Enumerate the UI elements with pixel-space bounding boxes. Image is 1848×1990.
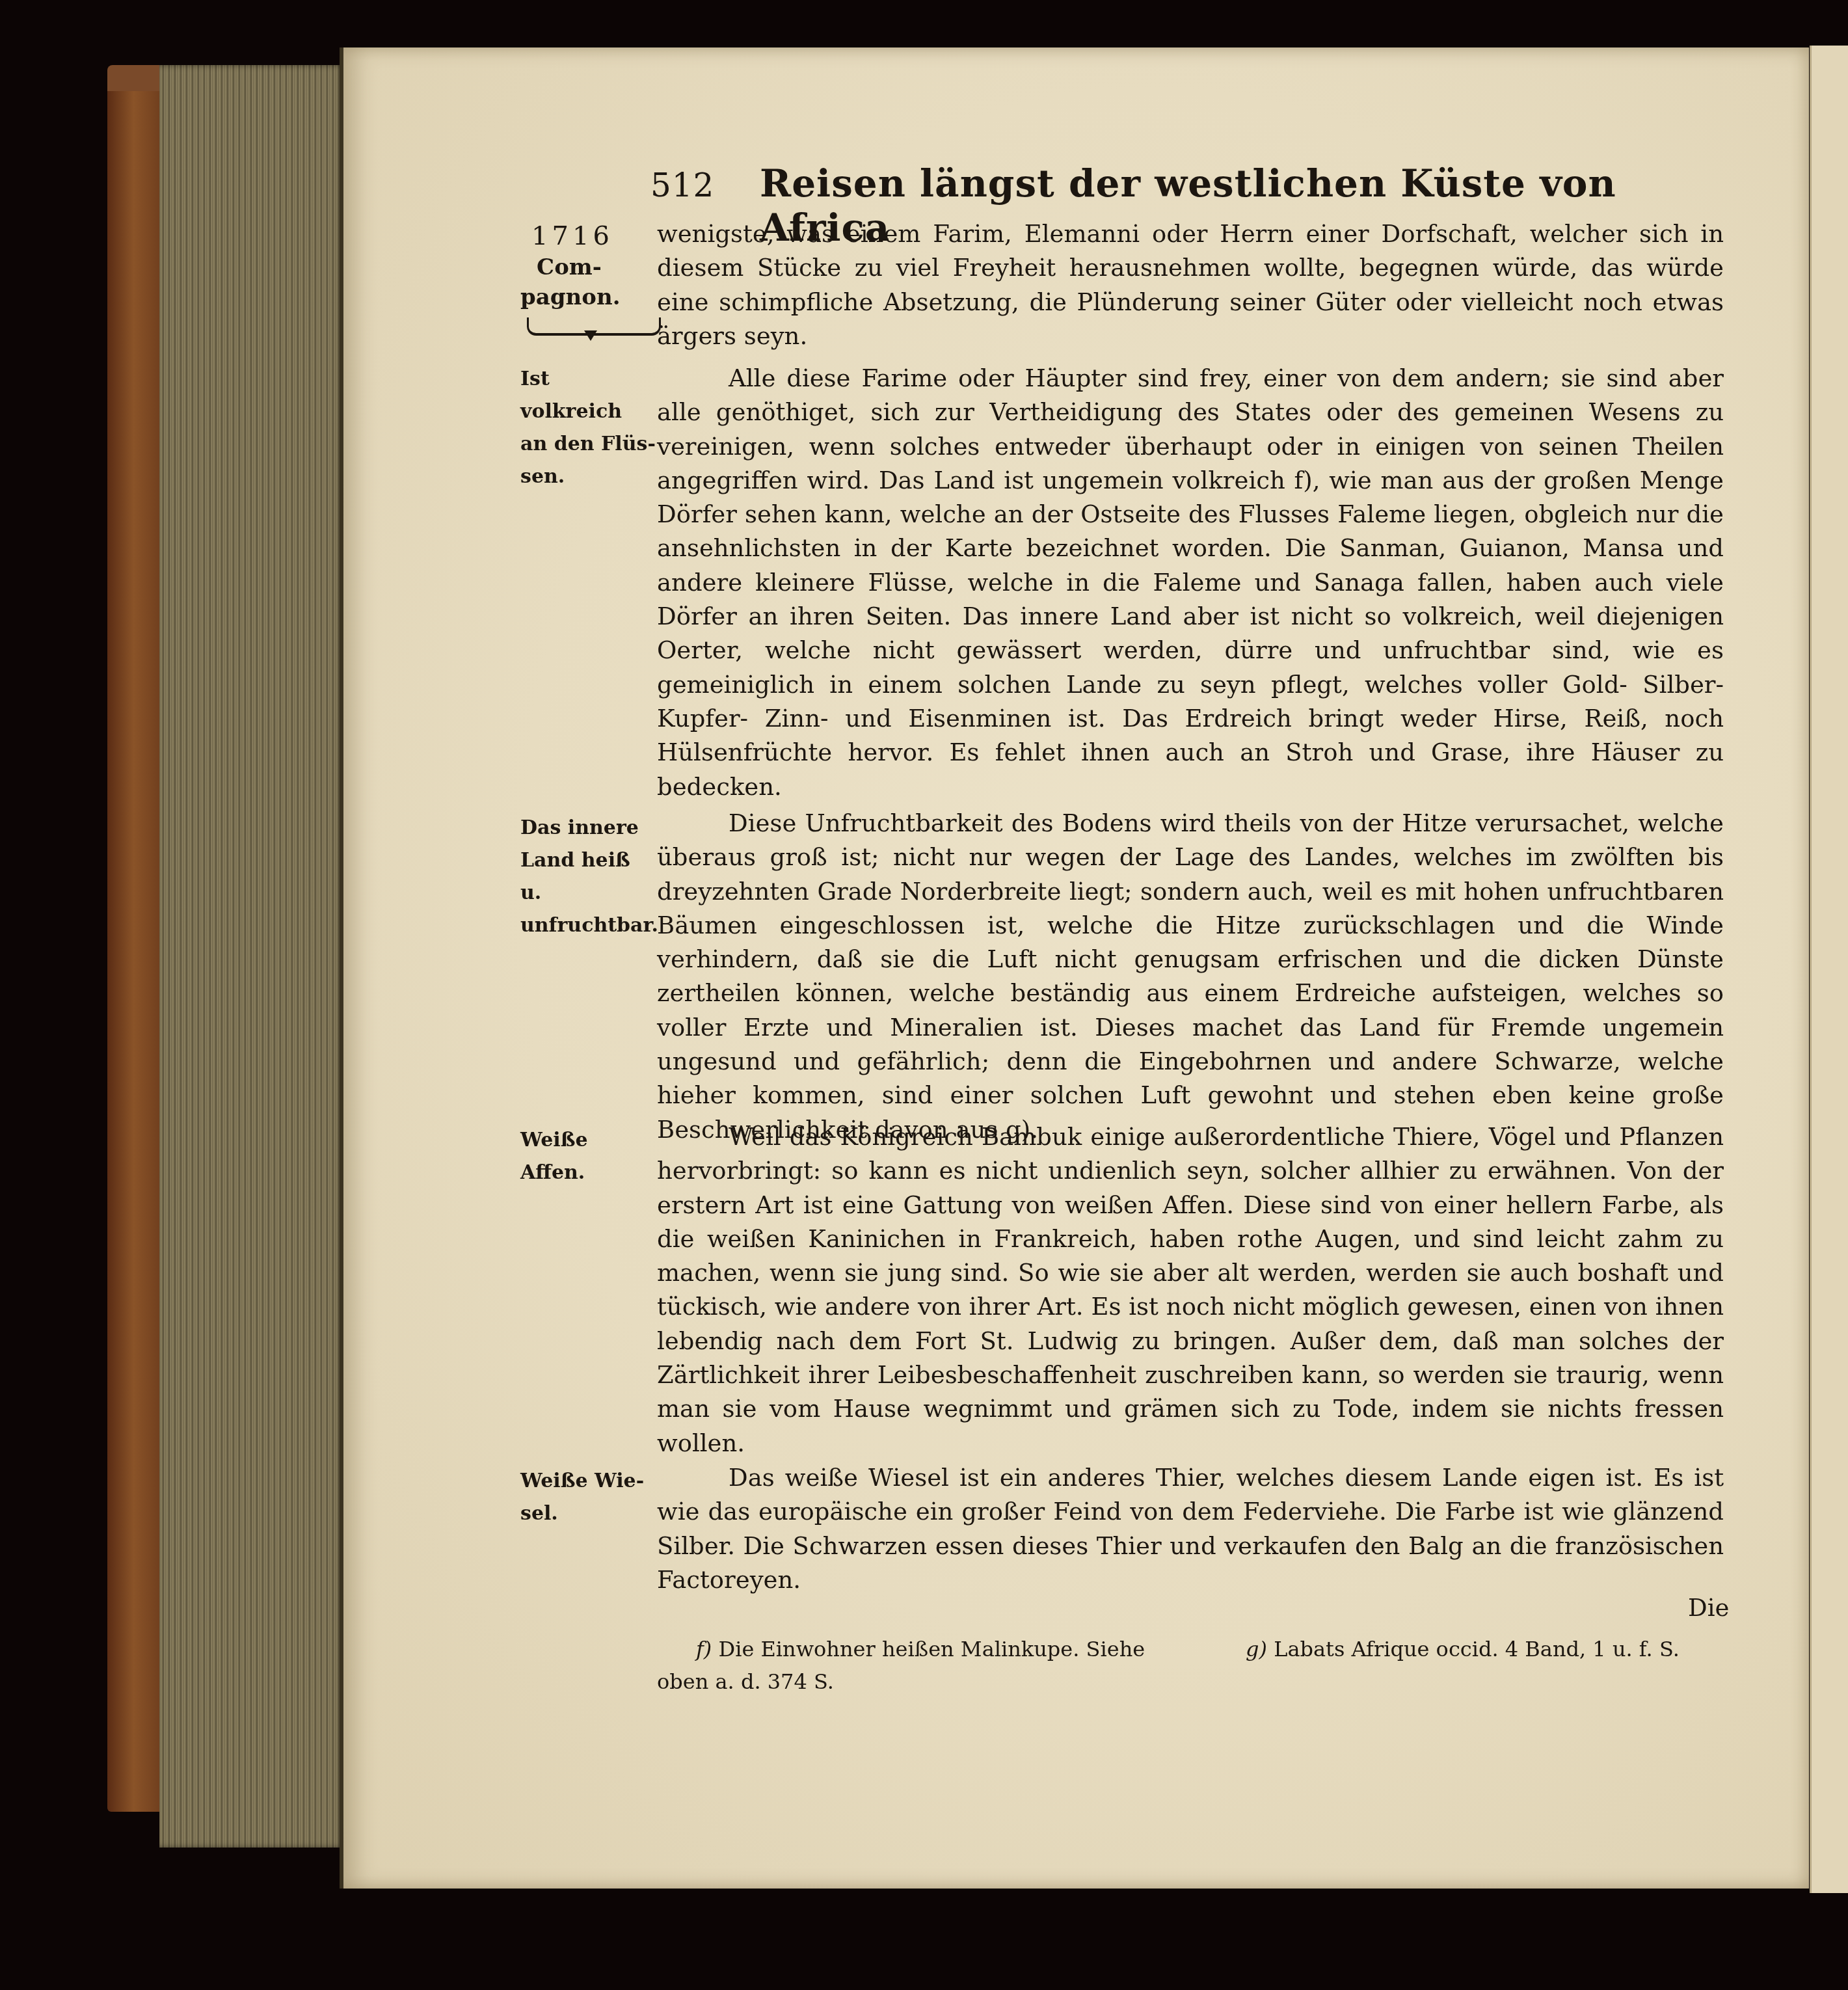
compagnon-label: Com- pagnon.: [520, 252, 618, 312]
year-label: 1716: [520, 221, 624, 251]
margin-line: an den Flüs-: [520, 428, 657, 461]
paragraph-volkreich: Alle diese Farime oder Häupter sind frey…: [657, 362, 1724, 804]
footnote-text: Labats Afrique occid. 4 Band, 1 u. f. S.: [1274, 1637, 1680, 1661]
margin-line: Land heiß u.: [520, 844, 657, 909]
brace-tip-decoration: [584, 330, 597, 341]
margin-note-compagnon: Com- pagnon.: [520, 252, 657, 312]
paragraph-text: Das weiße Wiesel ist ein anderes Thier, …: [657, 1461, 1724, 1597]
book-cover-leather: [107, 68, 166, 1812]
footnote-g: g) Labats Afrique occid. 4 Band, 1 u. f.…: [1246, 1633, 1724, 1665]
paragraph-text: wenigste, was einem Farim, Elemanni oder…: [657, 217, 1724, 353]
margin-note-year: 1716: [520, 221, 657, 251]
margin-note-volkreich: Ist volkreich an den Flüs- sen.: [520, 363, 657, 493]
margin-line: sel.: [520, 1498, 657, 1530]
paragraph-text: Weil das Königreich Bambuk einige außero…: [657, 1120, 1724, 1460]
margin-line: Das innere: [520, 812, 657, 844]
paragraph-unfruchtbarkeit: Diese Unfruchtbarkeit des Bodens wird th…: [657, 807, 1724, 1147]
margin-line: Ist volkreich: [520, 363, 657, 428]
margin-line: Weiße Affen.: [520, 1124, 657, 1189]
margin-note-weisse-affen: Weiße Affen.: [520, 1124, 657, 1189]
footnote-text: Die Einwohner heißen Malinkupe. Siehe ob…: [657, 1637, 1145, 1694]
paragraph-weisse-wiesel: Das weiße Wiesel ist ein anderes Thier, …: [657, 1461, 1724, 1597]
page-block-edges: [159, 65, 345, 1848]
paragraph-text: Alle diese Farime oder Häupter sind frey…: [657, 362, 1724, 804]
margin-line: Weiße Wie-: [520, 1465, 657, 1498]
margin-line: unfruchtbar.: [520, 909, 657, 942]
margin-line: sen.: [520, 461, 657, 493]
catchword: Die: [1688, 1594, 1729, 1622]
margin-note-innere-land: Das innere Land heiß u. unfruchtbar.: [520, 812, 657, 942]
footnote-marker: f): [696, 1637, 712, 1661]
paragraph-weisse-affen: Weil das Königreich Bambuk einige außero…: [657, 1120, 1724, 1460]
page-number: 512: [650, 167, 714, 204]
running-header: 512 Reisen längst der westlichen Küste v…: [650, 161, 1756, 213]
paragraph-continuation: wenigste, was einem Farim, Elemanni oder…: [657, 217, 1724, 353]
footnote-f: f) Die Einwohner heißen Malinkupe. Siehe…: [657, 1633, 1197, 1698]
footnote-marker: g): [1246, 1637, 1267, 1661]
facing-page-edge: [1810, 46, 1848, 1893]
paragraph-text: Diese Unfruchtbarkeit des Bodens wird th…: [657, 807, 1724, 1147]
margin-note-weisse-wiesel: Weiße Wie- sel.: [520, 1465, 657, 1530]
